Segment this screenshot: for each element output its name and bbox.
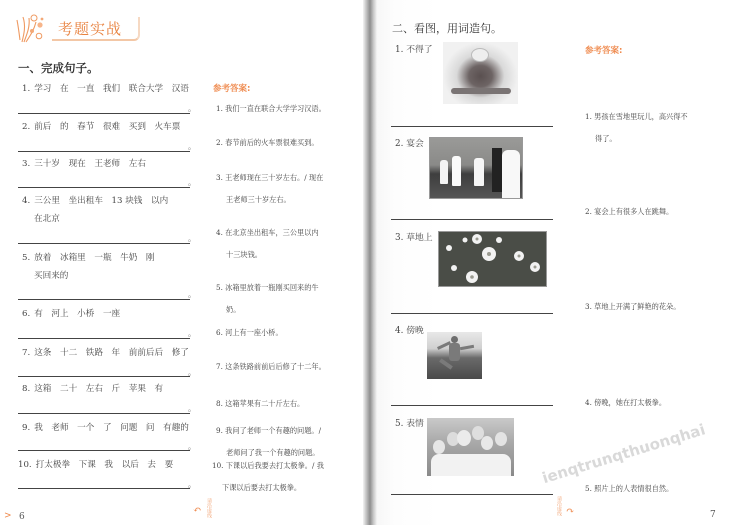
- section-title-complete-sentences: 一、完成句子。: [18, 60, 99, 76]
- reference-answer-10: 10. 下课以后我要去打太极拳。/ 我下课以后要去打太极拳。: [212, 455, 357, 499]
- flower-ornament-icon: [14, 12, 48, 46]
- reference-answer-4: 4. 在北京坐出租车，三公里以内十三块钱。: [216, 222, 356, 266]
- reference-answers-title-right: 参考答案:: [585, 44, 622, 56]
- turn-forward-icon[interactable]: ↷: [566, 506, 574, 517]
- reference-picture-answer-1: 1. 男孩在雪地里玩儿，高兴得不得了。: [585, 106, 725, 150]
- question-5: 5.放着 冰箱里 一瓶 牛奶 刚: [22, 251, 155, 263]
- reference-answer-7: 7. 这条铁路前前后后修了十二年。: [216, 356, 356, 378]
- photo-daisies: [438, 231, 547, 287]
- reference-picture-answer-5: 5. 照片上的人表情很自然。: [585, 478, 725, 500]
- picture-item-5-label: 5. 表情: [395, 416, 424, 429]
- answer-line-1[interactable]: [18, 113, 190, 114]
- picture-answer-line-2[interactable]: [391, 219, 553, 220]
- question-5-line2: 买回来的: [34, 269, 68, 281]
- answer-line-3[interactable]: [18, 187, 190, 188]
- left-page: 考题实战 一、完成句子。 1.学习 在 一直 我们 联合大学 汉语 。 2.前后…: [0, 0, 365, 525]
- photo-tai-chi: [427, 332, 482, 379]
- turn-back-icon[interactable]: ↶: [193, 505, 201, 516]
- reference-answers-title: 参考答案:: [213, 82, 250, 94]
- question-10: 10.打太极拳 下课 我 以后 去 要: [18, 458, 173, 470]
- question-1: 1.学习 在 一直 我们 联合大学 汉语: [22, 82, 189, 94]
- section-title-picture-sentences: 二、看图，用词造句。: [392, 20, 502, 36]
- cut-here-tab: 请沿虚线: [206, 498, 212, 518]
- answer-line-8[interactable]: [18, 413, 190, 414]
- reference-answer-8: 8. 这箱苹果有二十斤左右。: [216, 393, 356, 415]
- picture-item-4-label: 4. 傍晚: [395, 323, 424, 336]
- reference-answer-3: 3. 王老师现在三十岁左右。/ 现在王老师三十岁左右。: [216, 167, 356, 211]
- answer-line-5[interactable]: [18, 299, 190, 300]
- photo-child-on-sled: [443, 42, 518, 104]
- reference-answer-2: 2. 春节前后的火车票很难买到。: [216, 132, 356, 154]
- question-7: 7.这条 十二 铁路 年 前前后后 修了: [22, 346, 189, 358]
- reference-answer-6: 6. 河上有一座小桥。: [216, 322, 356, 344]
- picture-item-1-label: 1. 不得了: [395, 42, 433, 55]
- question-4: 4.三公里 坐出租车 13 块钱 以内: [22, 194, 168, 206]
- picture-answer-line-4[interactable]: [391, 405, 553, 406]
- answer-line-4[interactable]: [18, 243, 190, 244]
- answer-line-7[interactable]: [18, 376, 190, 377]
- page-number-left: 6: [19, 512, 25, 522]
- right-page: 二、看图，用词造句。 1. 不得了 2. 宴会 3. 草地上: [365, 0, 735, 525]
- answer-line-10[interactable]: [18, 488, 190, 489]
- question-6: 6.有 河上 小桥 一座: [22, 307, 120, 319]
- exam-practice-badge: 考题实战: [14, 12, 140, 46]
- answer-line-2[interactable]: [18, 151, 190, 152]
- photo-smiling-family: [427, 418, 514, 476]
- picture-item-3-label: 3. 草地上: [395, 230, 433, 243]
- answer-line-9[interactable]: [18, 450, 190, 451]
- cut-here-tab-right: 请沿虚线: [556, 496, 562, 516]
- picture-answer-line-5[interactable]: [391, 494, 553, 495]
- question-2: 2.前后 的 春节 很难 买到 火车票: [22, 120, 180, 132]
- book-gutter: [363, 0, 377, 525]
- page-number-right: 7: [710, 510, 716, 520]
- badge-label: 考题实战: [52, 17, 140, 41]
- photo-couples-dancing: [429, 137, 523, 199]
- reference-answer-1: 1. 我们一直在联合大学学习汉语。: [216, 98, 356, 120]
- question-4-line2: 在北京: [34, 212, 60, 224]
- picture-answer-line-3[interactable]: [391, 313, 553, 314]
- reference-picture-answer-3: 3. 草地上开满了鲜艳的花朵。: [585, 296, 725, 318]
- question-3: 3.三十岁 现在 王老师 左右: [22, 157, 146, 169]
- question-9: 9.我 老师 一个 了 问题 问 有趣的: [22, 421, 189, 433]
- chevron-right-icon[interactable]: >: [4, 511, 12, 521]
- reference-answer-5: 5. 冰箱里放着一瓶刚买回来的牛奶。: [216, 277, 356, 321]
- answer-line-6[interactable]: [18, 338, 190, 339]
- reference-picture-answer-2: 2. 宴会上有很多人在跳舞。: [585, 201, 725, 223]
- picture-answer-line-1[interactable]: [391, 126, 553, 127]
- reference-picture-answer-4: 4. 傍晚，她在打太极拳。: [585, 392, 725, 414]
- picture-item-2-label: 2. 宴会: [395, 136, 424, 149]
- book-spread: 考题实战 一、完成句子。 1.学习 在 一直 我们 联合大学 汉语 。 2.前后…: [0, 0, 735, 525]
- question-8: 8.这箱 二十 左右 斤 苹果 有: [22, 382, 163, 394]
